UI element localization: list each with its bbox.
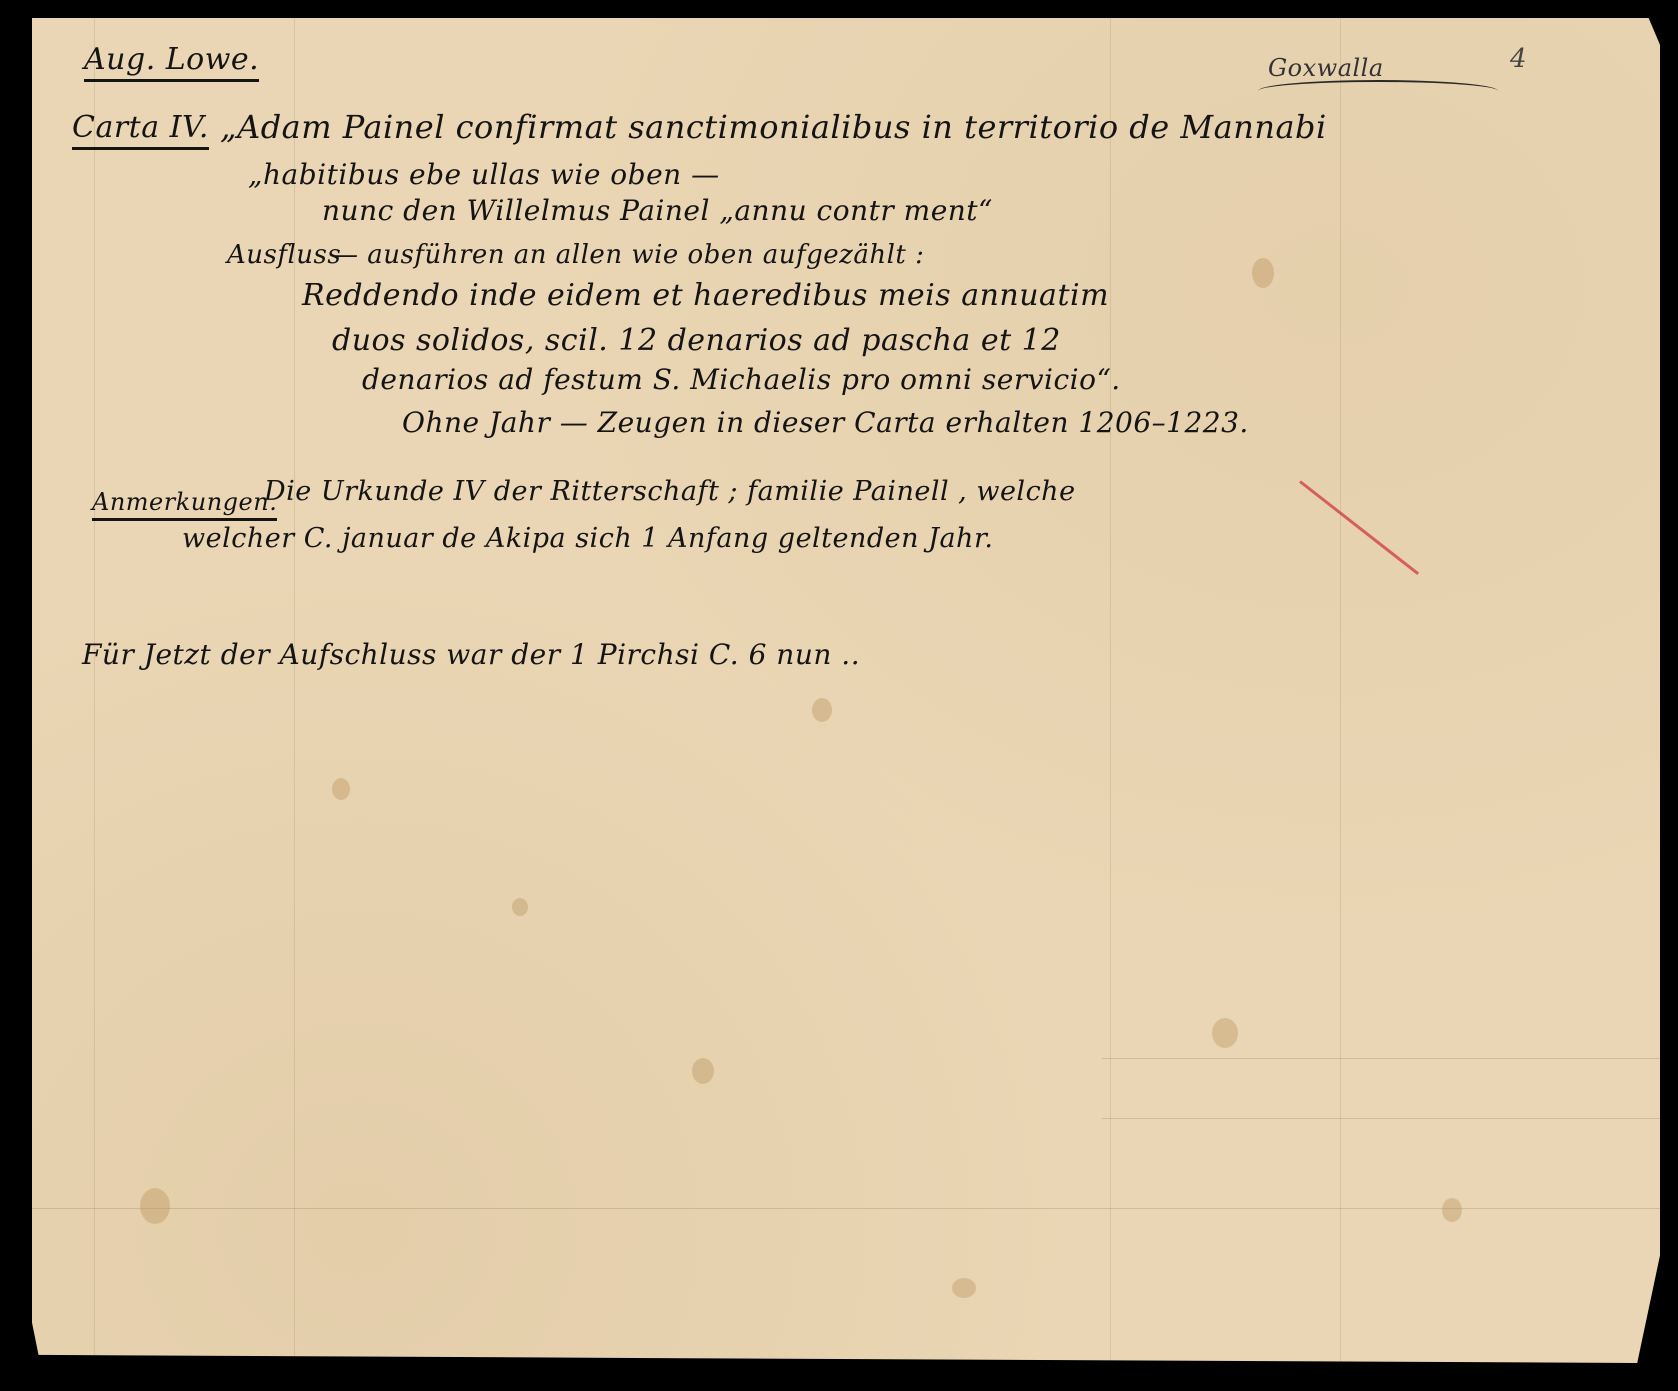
stain bbox=[1252, 258, 1274, 288]
margin-label: Ausfluss bbox=[227, 240, 341, 270]
red-pencil-mark bbox=[1299, 480, 1419, 575]
ruled-line bbox=[1110, 18, 1111, 1363]
text-line: — ausführen an allen wie oben aufgezählt… bbox=[332, 240, 924, 270]
text-line: Ohne Jahr — Zeugen in dieser Carta erhal… bbox=[402, 406, 1249, 439]
ruled-line bbox=[1340, 18, 1341, 1363]
text-line: Reddendo inde eidem et haeredibus meis a… bbox=[302, 278, 1109, 313]
text-line: „habitibus ebe ullas wie oben — bbox=[248, 158, 720, 191]
ruled-line bbox=[32, 1208, 1660, 1209]
note-line: Die Urkunde IV der Ritterschaft ; famili… bbox=[264, 476, 1076, 507]
stain bbox=[512, 898, 528, 916]
stain bbox=[1442, 1198, 1462, 1222]
note-line: welcher C. januar de Akipa sich 1 Anfang… bbox=[182, 523, 993, 554]
text-line: nunc den Willelmus Painel „annu contr me… bbox=[322, 194, 993, 227]
text-line: „Adam Painel confirmat sanctimonialibus … bbox=[220, 108, 1327, 146]
closing-line: Für Jetzt der Aufschluss war der 1 Pirch… bbox=[82, 638, 860, 671]
stain bbox=[812, 698, 832, 722]
ruled-line bbox=[1102, 1118, 1660, 1119]
header-author: Aug. Lowe. bbox=[84, 42, 259, 82]
text-line: duos solidos, scil. 12 denarios ad pasch… bbox=[332, 323, 1061, 358]
ruled-line bbox=[294, 18, 295, 1363]
ruled-line bbox=[94, 18, 95, 1363]
stain bbox=[692, 1058, 714, 1084]
stain bbox=[1212, 1018, 1238, 1048]
stain bbox=[952, 1278, 976, 1298]
flourish bbox=[1258, 80, 1498, 102]
ruled-line bbox=[1102, 1058, 1660, 1059]
note-label: Anmerkungen. bbox=[92, 488, 277, 521]
header-place: Goxwalla bbox=[1268, 54, 1384, 82]
stain bbox=[140, 1188, 170, 1224]
stain bbox=[332, 778, 350, 800]
carta-label: Carta IV. bbox=[72, 110, 209, 150]
page-number: 4 bbox=[1510, 44, 1527, 74]
document-page: Aug. Lowe. Goxwalla 4 Carta IV. „Adam Pa… bbox=[32, 18, 1660, 1363]
text-line: denarios ad festum S. Michaelis pro omni… bbox=[362, 363, 1121, 396]
